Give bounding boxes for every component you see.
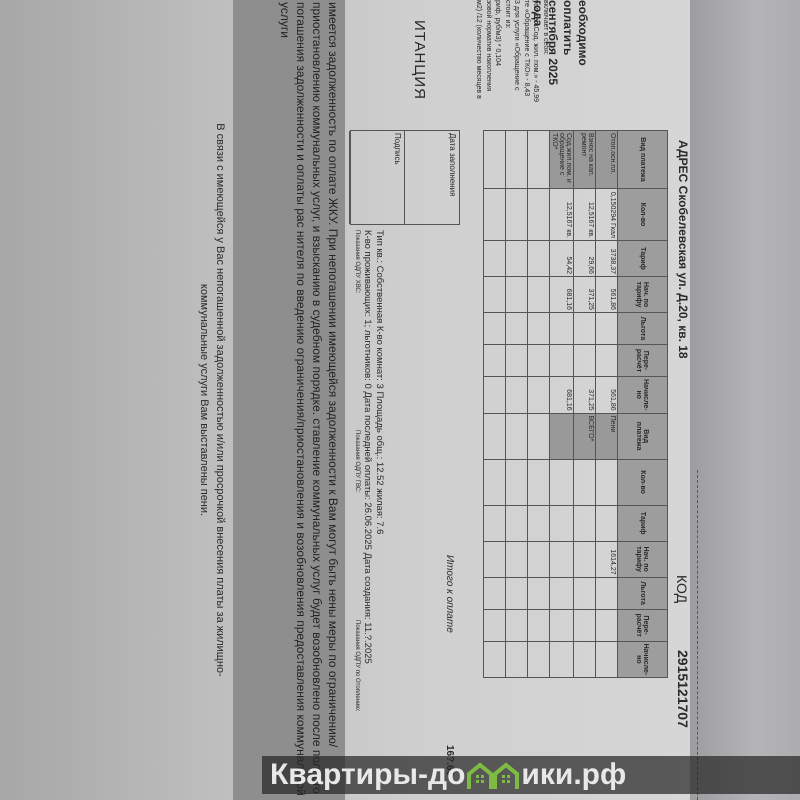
table-cell: 12,5167 кв. [574, 189, 596, 241]
table-cell [574, 541, 596, 577]
table-cell: Пени [596, 413, 618, 459]
table-cell [550, 413, 574, 459]
column-header: Льгота [618, 577, 668, 609]
penalty-notice: В связи с имеющейся у Вас непогашенной з… [196, 0, 228, 800]
background-surface [690, 0, 800, 800]
table-cell: 0,150294 Гкал [596, 189, 618, 241]
fill-box: Дата заполнения Подпись [350, 130, 460, 225]
column-header: Тариф [618, 505, 668, 541]
column-header: Нач. по тарифу [618, 277, 668, 313]
table-cell [550, 577, 574, 609]
table-cell [550, 505, 574, 541]
fill-date-label: Дата заполнения [404, 131, 459, 224]
signature-label: Подпись [349, 131, 404, 224]
column-header: Пере-расчёт [618, 345, 668, 377]
debt-warning: имеется задолженность по оплате ЖКУ. При… [233, 0, 345, 800]
table-cell: 54,42 [550, 241, 574, 277]
column-header: Кол-во [618, 459, 668, 505]
column-header: Вид платежа [618, 131, 668, 189]
tariff-note: включает в себя:услуге «Сод. жил. пом.» … [474, 0, 550, 135]
column-header: Вид платежа [618, 413, 668, 459]
table-cell [550, 641, 574, 678]
table-cell [574, 609, 596, 641]
column-header: Нач. по тарифу [618, 541, 668, 577]
table-cell: 1614,27 [596, 541, 618, 577]
table-cell [574, 641, 596, 678]
table-row: Сод.жил.пом. и обращение с ТКО*12,5167 к… [550, 131, 574, 678]
table-cell [596, 577, 618, 609]
table-cell [596, 345, 618, 377]
table-cell [550, 541, 574, 577]
code-value: 2915121707 [675, 650, 691, 728]
odpu-heating: Показания ОДПУ по Отоплению: [354, 620, 360, 712]
table-row: Взнос на кап. ремонт12,5167 кв.29,66371,… [574, 131, 596, 678]
table-cell: 371,25 [574, 377, 596, 414]
column-header: Начисле-но [618, 377, 668, 414]
table-cell: 29,66 [574, 241, 596, 277]
table-cell: 3738,37 [596, 241, 618, 277]
receipt-label: ИТАНЦИЯ [411, 20, 428, 100]
utility-receipt: еобходимо оплатить сентября 2025 года вк… [0, 0, 690, 800]
table-cell [596, 641, 618, 678]
total-label: Итого к оплате [444, 555, 455, 633]
table-cell: 561,86 [596, 277, 618, 313]
column-header: Начисле-но [618, 641, 668, 678]
column-header: Льгота [618, 313, 668, 345]
table-cell: ВСЕГО* [574, 413, 596, 459]
column-header: Тариф [618, 241, 668, 277]
table-row-empty [506, 131, 528, 678]
table-row-empty [528, 131, 550, 678]
table-cell [596, 609, 618, 641]
column-header: Кол-во [618, 189, 668, 241]
code-label: КОД [674, 575, 690, 603]
table-header: Вид платежаКол-воТарифНач. по тарифуЛьго… [618, 131, 668, 678]
odpu-hot-water: Показания ОДПУ ГВС: [354, 430, 360, 493]
watermark: Квартиры-доики.рф [262, 756, 800, 794]
table-cell [596, 505, 618, 541]
apartment-info: Тип кв.: Собственная К-во комнат: 3 Площ… [361, 230, 385, 664]
table-cell: 561,86 [596, 377, 618, 414]
table-cell [550, 609, 574, 641]
table-cell [550, 313, 574, 345]
table-cell [596, 313, 618, 345]
table-cell [574, 313, 596, 345]
table-cell [574, 505, 596, 541]
address: АДРЕС Скобелевская ул. Д.20, кв. 18 [676, 140, 690, 359]
table-cell [550, 345, 574, 377]
column-header: Пере-расчёт [618, 609, 668, 641]
table-cell: 371,25 [574, 277, 596, 313]
table-cell: 681,16 [550, 377, 574, 414]
table-cell [596, 459, 618, 505]
table-cell [574, 345, 596, 377]
house-logo-icon [467, 762, 519, 790]
table-cell: 12,5167 кв. [550, 189, 574, 241]
table-cell: Взнос на кап. ремонт [574, 131, 596, 189]
table-cell: 681,16 [550, 277, 574, 313]
table-cell: Отоп.осн.пл. [596, 131, 618, 189]
table-cell: Сод.жил.пом. и обращение с ТКО* [550, 131, 574, 189]
table-row: Отоп.осн.пл.0,150294 Гкал3738,37561,8656… [596, 131, 618, 678]
table-cell [574, 459, 596, 505]
table-row-empty [484, 131, 506, 678]
table-cell [574, 577, 596, 609]
table-body: Отоп.осн.пл.0,150294 Гкал3738,37561,8656… [484, 131, 618, 678]
odpu-cold-water: Показания ОДПУ ХВС: [354, 230, 360, 294]
table-cell [550, 459, 574, 505]
charges-table: Вид платежаКол-воТарифНач. по тарифуЛьго… [483, 130, 668, 678]
cut-line [697, 470, 698, 800]
